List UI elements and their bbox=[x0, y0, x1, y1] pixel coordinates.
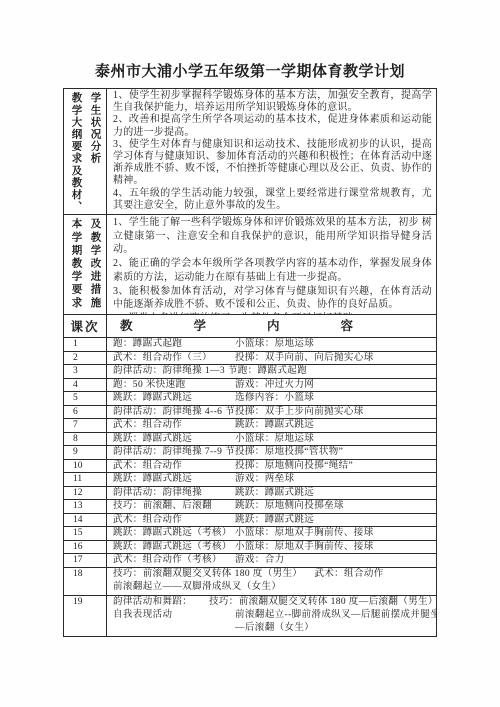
syllabus-item: 1、使学生初步掌握科学锻炼身体的基本方法，加强安全教育，提高学生自我保护能力，培… bbox=[113, 90, 432, 114]
lesson-number: 6 bbox=[64, 406, 107, 419]
lesson-number: 9 bbox=[64, 446, 107, 459]
lesson-number: 3 bbox=[64, 365, 107, 378]
lesson-content: 跳跃：蹲踞式跳远小篮球：原地运球 bbox=[107, 433, 436, 446]
lesson-number: 10 bbox=[64, 460, 107, 473]
lesson-content: 跳跃：蹲踞式跳远游戏：两垒球 bbox=[107, 473, 436, 486]
lesson-row-16: 16 跳跃：蹲踞式跳远（考核）小篮球：原地双手胸前传、接球 bbox=[64, 540, 436, 554]
section-syllabus-header: 教学大纲要求及教材、 学生状况分析 bbox=[64, 89, 107, 214]
lesson-row-15: 15 跳跃：蹲踞式跳远（考核）小篮球：原地双手胸前传、接球 bbox=[64, 526, 436, 540]
lesson-19-left: 韵律活动和舞蹈： 自我表现活动 bbox=[113, 596, 209, 636]
lesson-19-right: 技巧：前滚翻双腿交叉转体 180 度—后滚翻（男生） 前滚翻起立--脚前滑成纵叉… bbox=[209, 596, 436, 636]
lesson-content: 武术：组合动作（考核）游戏：合力 bbox=[107, 554, 436, 567]
section-semester-header: 本学期教学要求 及教学改进措施 bbox=[64, 215, 107, 314]
lesson-number: 11 bbox=[64, 473, 107, 486]
page-title: 泰州市大浦小学五年级第一学期体育教学计划 bbox=[0, 60, 500, 81]
lesson-number: 8 bbox=[64, 433, 107, 446]
lesson-row-5: 5 跳跃：蹲踞式跳远选修内容：小篮球 bbox=[64, 391, 436, 405]
lesson-content: 韵律活动：韵律绳操 4--6 节投掷：双手上步向前抛实心球 bbox=[107, 406, 436, 419]
lesson-row-2: 2 武术：组合动作（三）投掷：双手向前、向后抛实心球 bbox=[64, 351, 436, 365]
lesson-number: 2 bbox=[64, 352, 107, 365]
lesson-row-12: 12 韵律活动：韵律绳操跳跃：蹲踞式跳远 bbox=[64, 486, 436, 500]
section-semester-row: 本学期教学要求 及教学改进措施 1、学生能了解一些科学锻炼身体和评价锻炼效果的基… bbox=[64, 214, 436, 314]
lesson-number: 7 bbox=[64, 419, 107, 432]
lesson-number: 17 bbox=[64, 554, 107, 567]
lesson-row-7: 7 武术：组合动作跳跃：蹲踞式跳远 bbox=[64, 418, 436, 432]
semester-item: 1、学生能了解一些科学锻炼身体和评价锻炼效果的基本方法，初步 树立健康第一、注意… bbox=[113, 216, 432, 257]
semester-header-col1: 本学期教学要求 bbox=[69, 218, 83, 314]
lesson-content: 武术：组合动作（三）投掷：双手向前、向后抛实心球 bbox=[107, 352, 436, 365]
lesson-content: 技巧：前滚翻、后滚翻跳跃：原地侧向投掷垒球 bbox=[107, 500, 436, 513]
section-syllabus-row: 教学大纲要求及教材、 学生状况分析 1、使学生初步掌握科学锻炼身体的基本方法，加… bbox=[64, 89, 436, 214]
teaching-content-header: 教学内容 bbox=[107, 315, 436, 338]
lesson-number: 13 bbox=[64, 500, 107, 513]
syllabus-item: 3、使学生对体育与健康知识和运动技术、技能形成初步的认识，提高学习体育与健康知识… bbox=[113, 139, 432, 188]
schedule-header-row: 课次 教学内容 bbox=[64, 314, 436, 337]
lesson-number: 16 bbox=[64, 541, 107, 554]
syllabus-header-col2: 学生状况分析 bbox=[88, 92, 102, 214]
lesson-row-13: 13 技巧：前滚翻、后滚翻跳跃：原地侧向投掷垒球 bbox=[64, 499, 436, 513]
lesson-row-6: 6 韵律活动：韵律绳操 4--6 节投掷：双手上步向前抛实心球 bbox=[64, 405, 436, 419]
lesson-number: 1 bbox=[64, 338, 107, 351]
lesson-number: 4 bbox=[64, 379, 107, 392]
semester-item: 2、能正确的学会本年级所学各项教学内容的基本动作，掌握发展身体素质的方法，运动能… bbox=[113, 257, 432, 284]
lesson-18-line1: 技巧：前滚翻双腿交叉转体 180 度（男生）武术：组合动作 bbox=[113, 568, 432, 582]
syllabus-header-col1: 教学大纲要求及教材、 bbox=[69, 92, 83, 214]
lesson-content: 武术：组合动作投掷：原地侧向投掷“绳结” bbox=[107, 460, 436, 473]
lesson-content: 武术：组合动作跳跃：蹲踞式跳远 bbox=[107, 419, 436, 432]
lesson-number: 15 bbox=[64, 527, 107, 540]
teaching-plan-table: 教学大纲要求及教材、 学生状况分析 1、使学生初步掌握科学锻炼身体的基本方法，加… bbox=[63, 88, 437, 637]
semester-header-col2: 及教学改进措施 bbox=[88, 218, 102, 314]
lesson-row-19: 19 韵律活动和舞蹈： 自我表现活动 技巧：前滚翻双腿交叉转体 180 度—后滚… bbox=[64, 595, 436, 636]
lesson-content: 韵律活动：韵律绳操跳跃：蹲踞式跳远 bbox=[107, 487, 436, 500]
lesson-content: 韵律活动：韵律绳操 7--9 节投掷：原地投掷“管状物” bbox=[107, 446, 436, 459]
lesson-number: 12 bbox=[64, 487, 107, 500]
syllabus-item: 2、改善和提高学生所学各项运动的基本技术，促进身体素质和运动能力的进一步提高。 bbox=[113, 114, 432, 138]
lesson-row-1: 1 跑：蹲踞式起跑小篮球：原地运球 bbox=[64, 337, 436, 351]
lesson-18-line2: 前滚翻起立——双脚滑成纵叉（女生） bbox=[113, 581, 432, 594]
lesson-content: 武术：组合动作跳跃：蹲踞式跳远 bbox=[107, 514, 436, 527]
semester-item: 3、能积极参加体育活动，对学习体育与健康知识有兴趣，在体育活动中能逐渐养成胜不骄… bbox=[113, 285, 432, 312]
lesson-content: 技巧：前滚翻双腿交叉转体 180 度（男生）武术：组合动作 前滚翻起立——双脚滑… bbox=[107, 568, 436, 595]
lesson-row-18: 18 技巧：前滚翻双腿交叉转体 180 度（男生）武术：组合动作 前滚翻起立——… bbox=[64, 567, 436, 595]
lesson-row-11: 11 跳跃：蹲踞式跳远游戏：两垒球 bbox=[64, 472, 436, 486]
section-syllabus-content: 1、使学生初步掌握科学锻炼身体的基本方法，加强安全教育，提高学生自我保护能力，培… bbox=[107, 89, 436, 214]
lesson-content: 韵律活动和舞蹈： 自我表现活动 技巧：前滚翻双腿交叉转体 180 度—后滚翻（男… bbox=[107, 596, 436, 636]
document-page: 泰州市大浦小学五年级第一学期体育教学计划 教学大纲要求及教材、 学生状况分析 1… bbox=[0, 0, 500, 707]
syllabus-item: 4、五年级的学生活动能力较强，课堂上要经常进行课堂常规教育，尤其要注意安全，防止… bbox=[113, 188, 432, 212]
lesson-number-header: 课次 bbox=[64, 315, 107, 337]
lesson-number: 5 bbox=[64, 392, 107, 405]
lesson-content: 韵律活动：韵律绳操 1—3 节跑：蹲踞式起跑 bbox=[107, 365, 436, 378]
lesson-row-9: 9 韵律活动：韵律绳操 7--9 节投掷：原地投掷“管状物” bbox=[64, 445, 436, 459]
lesson-content: 跳跃：蹲踞式跳远选修内容：小篮球 bbox=[107, 392, 436, 405]
lesson-content: 跳跃：蹲踞式跳远（考核）小篮球：原地双手胸前传、接球 bbox=[107, 541, 436, 554]
lesson-number: 18 bbox=[64, 568, 107, 595]
lesson-number: 19 bbox=[64, 596, 107, 636]
lesson-row-8: 8 跳跃：蹲踞式跳远小篮球：原地运球 bbox=[64, 432, 436, 446]
lesson-row-10: 10 武术：组合动作投掷：原地侧向投掷“绳结” bbox=[64, 459, 436, 473]
lesson-row-17: 17 武术：组合动作（考核）游戏：合力 bbox=[64, 553, 436, 567]
lesson-number: 14 bbox=[64, 514, 107, 527]
lesson-content: 跑：50 米快速跑游戏：冲过火力网 bbox=[107, 379, 436, 392]
lesson-content: 跳跃：蹲踞式跳远（考核）小篮球：原地双手胸前传、接球 bbox=[107, 527, 436, 540]
lesson-content: 跑：蹲踞式起跑小篮球：原地运球 bbox=[107, 338, 436, 351]
section-semester-content: 1、学生能了解一些科学锻炼身体和评价锻炼效果的基本方法，初步 树立健康第一、注意… bbox=[107, 215, 436, 314]
lesson-row-3: 3 韵律活动：韵律绳操 1—3 节跑：蹲踞式起跑 bbox=[64, 364, 436, 378]
lesson-row-4: 4 跑：50 米快速跑游戏：冲过火力网 bbox=[64, 378, 436, 392]
lesson-row-14: 14 武术：组合动作跳跃：蹲踞式跳远 bbox=[64, 513, 436, 527]
